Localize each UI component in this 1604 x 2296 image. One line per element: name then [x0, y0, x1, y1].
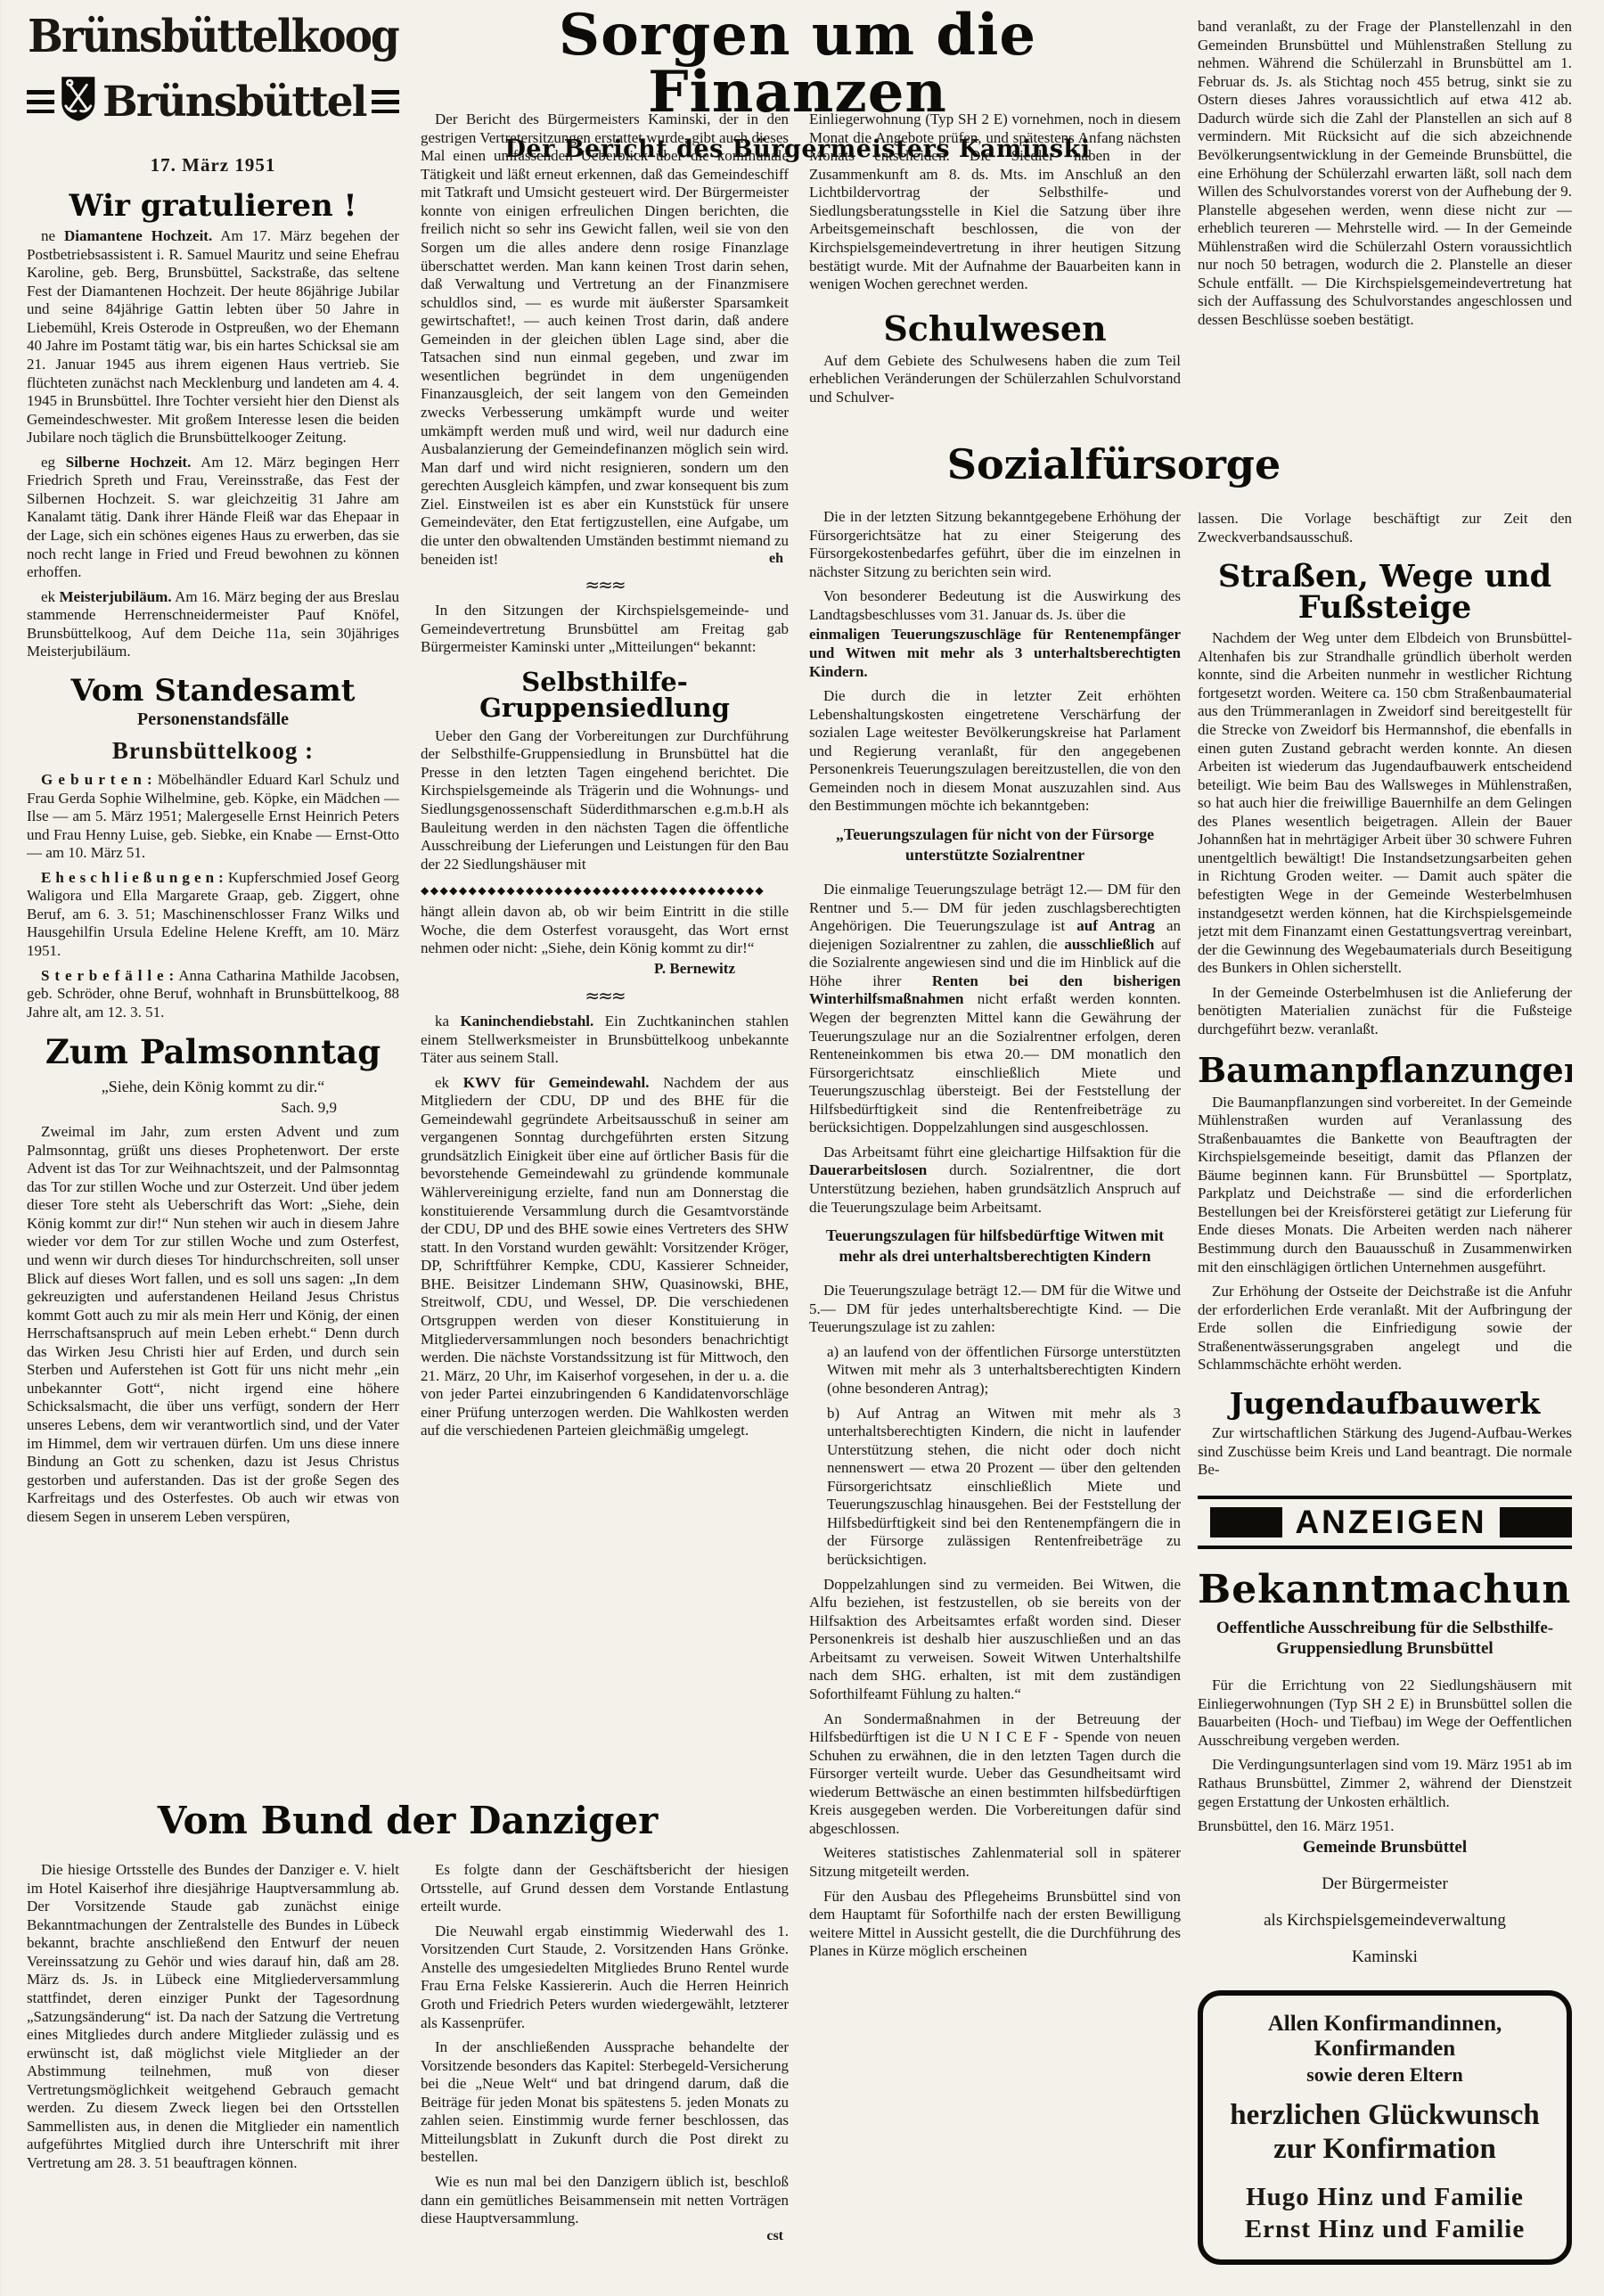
column-d-lower: lassen. Die Vorlage beschäftigt zur Zeit… [1198, 510, 1572, 2296]
sondermassnahmen-text: An Sondermaßnahmen in der Betreuung der … [809, 1710, 1181, 1839]
standesamt-sterbefaelle: S t e r b e f ä l l e : Anna Catharina M… [27, 967, 399, 1022]
section-heading-selbsthilfe: Selbsthilfe-Gruppensiedlung [421, 669, 789, 721]
teuerungszulage-rentner-text: Die einmalige Teuerungszulage beträgt 12… [809, 881, 1181, 1137]
lead-phrase: Silberne Hochzeit. [66, 454, 192, 471]
statistik-text: Weiteres statistisches Zahlenmaterial so… [809, 1844, 1181, 1881]
banner-bar-right [1500, 1507, 1572, 1537]
section-heading-bund-danziger: Vom Bund der Danziger [27, 1802, 789, 1840]
subheading-witwen: Teuerungszulagen für hilfsbedürftige Wit… [809, 1226, 1181, 1266]
lead-code: ek [435, 1074, 463, 1091]
bericht-kaminski-text: Der Bericht des Bürgermeisters Kaminski,… [421, 111, 789, 569]
lead-phrase: Meisterjubiläum. [60, 588, 172, 605]
ausschreibung-errichtung-text: Für die Errichtung von 22 Siedlungshäuse… [1198, 1677, 1572, 1750]
anzeigen-banner: ANZEIGEN [1198, 1496, 1572, 1549]
bold-phrase: ausschließlich [1064, 936, 1154, 953]
bund-aussprache-text: In der anschließenden Aussprache behande… [421, 2038, 789, 2167]
bold-phrase: Dauerarbeitslosen [809, 1161, 927, 1178]
squiggle-divider-icon: ≈≈≈ [421, 985, 789, 1006]
ort-datum-line: Brunsbüttel, den 16. März 1951. [1198, 1817, 1572, 1836]
ad-signatures: Hugo Hinz und FamilieErnst Hinz und Fami… [1212, 2181, 1558, 2246]
ad-family-1: Hugo Hinz und Familie [1246, 2183, 1524, 2211]
lead-phrase: Diamantene Hochzeit. [64, 227, 212, 244]
column-a: Brünsbüttelkoog Brünsbüttel 17. März 1 [27, 12, 399, 1795]
verdingungsunterlagen-text: Die Verdingungsunterlagen sind vom 19. M… [1198, 1756, 1572, 1811]
column-b-bund: Es folgte dann der Geschäftsbericht der … [421, 1861, 789, 2287]
strassen-text: Nachdem der Weg unter dem Elbdeich von B… [1198, 629, 1572, 978]
signature-kaminski: Kaminski [1198, 1947, 1572, 1967]
subheading-ort: Brunsbüttelkoog : [27, 737, 399, 765]
section-heading-palmsonntag: Zum Palmsonntag [27, 1036, 399, 1069]
teuerungszulage-witwen-intro: Die Teuerungszulage beträgt 12.— DM für … [809, 1282, 1181, 1337]
column-b: Der Bericht des Bürgermeisters Kaminski,… [421, 111, 789, 1797]
lebenshaltungskosten-text: Die durch die in letzter Zeit erhöhten L… [809, 687, 1181, 816]
witwen-item-b: b) Auf Antrag an Witwen mit mehr als 3 u… [809, 1405, 1181, 1570]
newspaper-page: Brünsbüttelkoog Brünsbüttel 17. März 1 [0, 0, 1604, 2296]
bund-danziger-text-left: Die hiesige Ortsstelle des Bundes der Da… [27, 1861, 399, 2173]
schulwesen-continuation: band veranlaßt, zu der Frage der Planste… [1198, 18, 1572, 330]
lead-phrase: S t e r b e f ä l l e : [41, 967, 174, 984]
bund-neuwahl-text: Die Neuwahl ergab einstimmig Wiederwahl … [421, 1923, 789, 2032]
standesamt-geburten: G e b u r t e n : Möbelhändler Eduard Ka… [27, 771, 399, 863]
bund-heading-zone: Vom Bund der Danziger [27, 1802, 789, 1840]
bold-phrase: auf Antrag [1076, 917, 1155, 934]
bible-quote-source: Sach. 9,9 [27, 1099, 399, 1117]
bund-geschaeftsbericht-text: Es folgte dann der Geschäftsbericht der … [421, 1861, 789, 1916]
baumanpflanzungen-text: Die Baumanpflanzungen sind vorbereitet. … [1198, 1094, 1572, 1277]
section-heading-strassen: Straßen, Wege und Fußsteige [1198, 561, 1572, 623]
anzeigen-label: ANZEIGEN [1295, 1504, 1486, 1541]
paragraph-text: Am 17. März begehen der Postbetriebsassi… [27, 227, 399, 446]
ad-heading-bekanntmachung: Bekanntmachung. [1198, 1567, 1572, 1612]
konfirmation-ad-box: Allen Konfirmandinnen, Konfirmanden sowi… [1198, 1990, 1572, 2265]
bund-beisammensein-text: Wie es nun mal bei den Danzigern üblich … [421, 2173, 789, 2228]
ad-line-1: Allen Konfirmandinnen, Konfirmanden [1212, 2012, 1558, 2062]
lead-code: ne [41, 227, 64, 244]
paragraph-text: Das Arbeitsamt führt eine gleichartige H… [823, 1144, 1181, 1160]
lead-code: eg [41, 454, 66, 471]
landtagsbeschluss-text: Von besonderer Bedeutung ist die Auswirk… [809, 587, 1181, 624]
deichstrasse-erde-text: Zur Erhöhung der Ostseite der Deichstraß… [1198, 1283, 1572, 1374]
main-headline: Sorgen um die Finanzen [412, 7, 1183, 121]
author-bernewitz: P. Bernewitz [421, 960, 789, 978]
section-heading-standesamt: Vom Standesamt [27, 676, 399, 706]
signature-gemeinde: Gemeinde Brunsbüttel [1198, 1838, 1572, 1857]
issue-date: 17. März 1951 [27, 154, 399, 176]
jugendaufbauwerk-text: Zur wirtschaftlichen Stärkung des Jugend… [1198, 1424, 1572, 1480]
article-meisterjubilaeum: ek Meisterjubiläum. Am 16. März beging d… [27, 588, 399, 661]
column-a-bund: Die hiesige Ortsstelle des Bundes der Da… [27, 1861, 399, 2287]
ad-text: zur Konfirmation [1273, 2133, 1496, 2165]
subheading-sozialrentner: „Teuerungszulagen für nicht von der Fürs… [809, 824, 1181, 865]
selbsthilfe-text: Ueber den Gang der Vorbereitungen zur Du… [421, 727, 789, 874]
masthead: Brünsbüttelkoog Brünsbüttel 17. März 1 [27, 12, 399, 176]
subheading-personenstandsfaelle: Personenstandsfälle [27, 709, 399, 730]
paragraph-text: Am 12. März begingen Herr Friedrich Spre… [27, 454, 399, 580]
section-heading-baumanpflanzungen: Baumanpflanzungen [1198, 1054, 1572, 1087]
doppelzahlungen-text: Doppelzahlungen sind zu vermeiden. Bei W… [809, 1576, 1181, 1704]
lead-code: ek [41, 588, 60, 605]
kwv-gemeindewahl-text: ek KWV für Gemeindewahl. Nachdem der aus… [421, 1074, 789, 1440]
bible-quote: „Siehe, dein König kommt zu dir.“ [27, 1078, 399, 1097]
diamond-divider-icon: ◆◆◆◆◆◆◆◆◆◆◆◆◆◆◆◆◆◆◆◆◆◆◆◆◆◆◆◆◆◆◆◆◆◆◆◆ [421, 884, 789, 897]
section-heading-sozialfuersorge: Sozialfürsorge [784, 444, 1444, 485]
section-heading-gratulieren: Wir gratulieren ! [27, 191, 399, 221]
ad-line-2: sowie deren Eltern [1212, 2063, 1558, 2087]
section-heading-sozialfuersorge-zone: Sozialfürsorge [784, 444, 1444, 485]
banner-bar-left [1210, 1507, 1282, 1537]
lead-code: ka [435, 1013, 461, 1029]
lead-phrase: E h e s c h l i e ß u n g e n : [41, 869, 224, 886]
witwen-item-a: a) an laufend von der öffentlichen Fürso… [809, 1343, 1181, 1398]
article-silberne-hochzeit: eg Silberne Hochzeit. Am 12. März beging… [27, 454, 399, 582]
vorlage-continuation: lassen. Die Vorlage beschäftigt zur Zeit… [1198, 510, 1572, 546]
ad-line-3: herzlichen Glückwunschzur Konfirmation [1212, 2099, 1558, 2167]
palmsonntag-continuation: hängt allein davon ab, ob wir beim Eintr… [421, 903, 789, 958]
section-heading-jugendaufbauwerk: Jugendaufbauwerk [1198, 1389, 1572, 1418]
masthead-title-line1: Brünsbüttelkoog [27, 12, 399, 63]
ad-subheading-ausschreibung: Oeffentliche Ausschreibung für die Selbs… [1198, 1618, 1572, 1660]
column-d-upper: band veranlaßt, zu der Frage der Planste… [1198, 18, 1572, 444]
column-c-lower: Die in der letzten Sitzung bekanntgegebe… [809, 508, 1181, 2296]
flourish-right-icon [372, 90, 399, 113]
masthead-title-line2: Brünsbüttel [102, 78, 366, 127]
lead-phrase: G e b u r t e n : [41, 771, 152, 788]
ad-family-2: Ernst Hinz und Familie [1245, 2215, 1525, 2243]
column-c-upper: Einliegerwohnung (Typ SH 2 E) vornehmen,… [809, 111, 1181, 444]
author-initials-cst: cst [421, 2228, 789, 2244]
siedlung-continuation: Einliegerwohnung (Typ SH 2 E) vornehmen,… [809, 111, 1181, 294]
mitteilungen-intro: In den Sitzungen der Kirchspielsgemeinde… [421, 602, 789, 657]
flourish-left-icon [27, 90, 54, 113]
schulwesen-text: Auf dem Gebiete des Schulwesens haben di… [809, 352, 1181, 407]
lead-phrase: KWV für Gemeindewahl. [463, 1074, 650, 1091]
arbeitsamt-text: Das Arbeitsamt führt eine gleichartige H… [809, 1144, 1181, 1217]
kaninchendiebstahl-text: ka Kaninchendiebstahl. Ein Zuchtkaninche… [421, 1013, 789, 1068]
signature-buergermeister: Der Bürgermeister [1198, 1874, 1572, 1894]
section-heading-schulwesen: Schulwesen [809, 312, 1181, 346]
standesamt-eheschliessungen: E h e s c h l i e ß u n g e n : Kupfersc… [27, 869, 399, 961]
paragraph-text: nicht erfaßt werden konnten. Wegen der b… [809, 990, 1181, 1136]
fuersorgerichtsaetze-text: Die in der letzten Sitzung bekanntgegebe… [809, 508, 1181, 581]
signature-verwaltung: als Kirchspielsgemeindeverwaltung [1198, 1911, 1572, 1931]
pflegeheim-text: Für den Ausbau des Pflegeheims Brunsbütt… [809, 1888, 1181, 1961]
paragraph-text: Nachdem der aus Mitgliedern der CDU, DP … [421, 1074, 789, 1439]
osterbelmhusen-text: In der Gemeinde Osterbelmhusen ist die A… [1198, 984, 1572, 1039]
anchor-crest-icon [60, 58, 97, 140]
landtagsbeschluss-bold: einmaligen Teuerungszuschläge für Renten… [809, 626, 1181, 681]
lead-phrase: Kaninchendiebstahl. [461, 1013, 594, 1029]
squiggle-divider-icon: ≈≈≈ [421, 574, 789, 595]
palmsonntag-text: Zweimal im Jahr, zum ersten Advent und z… [27, 1123, 399, 1526]
article-diamantene-hochzeit: ne Diamantene Hochzeit. Am 17. März bege… [27, 227, 399, 447]
ad-text: herzlichen Glückwunsch [1230, 2099, 1539, 2131]
